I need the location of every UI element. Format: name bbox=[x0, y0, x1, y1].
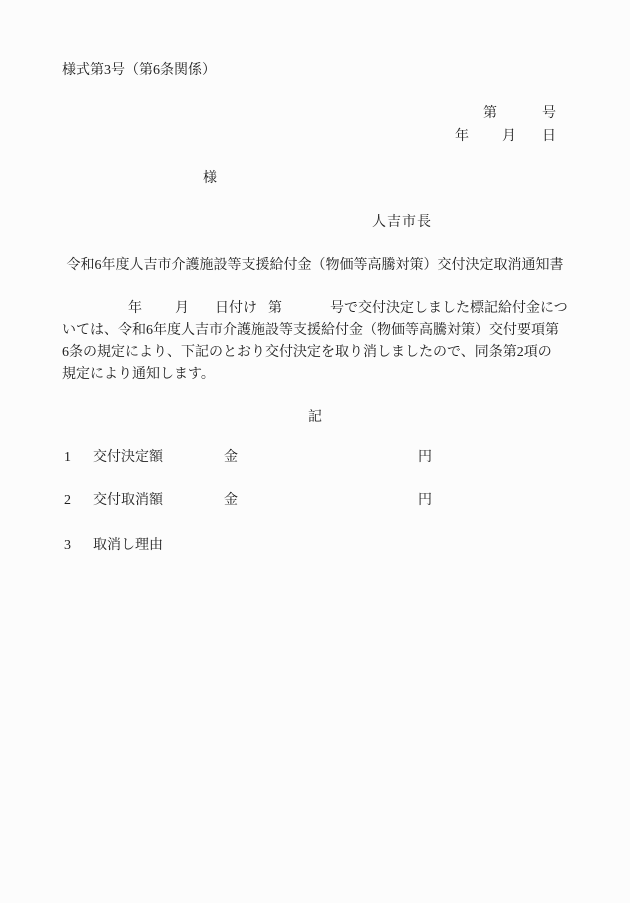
body-line1-text: 号で交付決定しました標記給付金につ bbox=[330, 302, 568, 316]
blank-month-label: 月 bbox=[175, 302, 189, 316]
body-line3-text: 6条の規定により、下記のとおり交付決定を取り消しましたので、同条第2項の bbox=[62, 346, 552, 360]
item-label: 交付取消額 bbox=[93, 494, 163, 508]
item-number: 1 bbox=[64, 451, 71, 465]
date-day-label: 日 bbox=[542, 130, 556, 144]
document-title: 令和6年度人吉市介護施設等支援給付金（物価等高騰対策）交付決定取消通知書 bbox=[0, 259, 630, 273]
document-page: 様式第3号（第6条関係） 第 号 年 月 日 様 人吉市長 令和6年度人吉市介護… bbox=[0, 0, 630, 903]
currency-suffix: 円 bbox=[418, 451, 432, 465]
item-number: 3 bbox=[64, 539, 71, 553]
date-month-label: 月 bbox=[502, 130, 516, 144]
item-number: 2 bbox=[64, 494, 71, 508]
body-line2-text: いては、令和6年度人吉市介護施設等支援給付金（物価等高騰対策）交付要項第 bbox=[62, 324, 559, 338]
record-marker: 記 bbox=[0, 411, 630, 425]
body-line4-text: 規定により通知します。 bbox=[62, 368, 215, 382]
currency-suffix: 円 bbox=[418, 494, 432, 508]
item-row-cancel-reason: 3 取消し理由 bbox=[0, 539, 630, 555]
item-row-grant-decision-amount: 1 交付決定額 金 円 bbox=[0, 451, 630, 467]
currency-prefix: 金 bbox=[224, 494, 238, 508]
item-label: 交付決定額 bbox=[93, 451, 163, 465]
doc-number-suffix: 号 bbox=[542, 107, 556, 121]
blank-number-prefix: 第 bbox=[268, 302, 282, 316]
item-row-grant-cancel-amount: 2 交付取消額 金 円 bbox=[0, 494, 630, 510]
doc-number-prefix: 第 bbox=[483, 107, 497, 121]
currency-prefix: 金 bbox=[224, 451, 238, 465]
addressee-honorific: 様 bbox=[203, 172, 217, 186]
blank-year-label: 年 bbox=[128, 302, 142, 316]
item-label: 取消し理由 bbox=[93, 539, 163, 553]
date-year-label: 年 bbox=[455, 130, 469, 144]
form-number: 様式第3号（第6条関係） bbox=[62, 64, 216, 78]
sender-title: 人吉市長 bbox=[372, 216, 432, 230]
blank-dated-label: 日付け bbox=[215, 302, 257, 316]
